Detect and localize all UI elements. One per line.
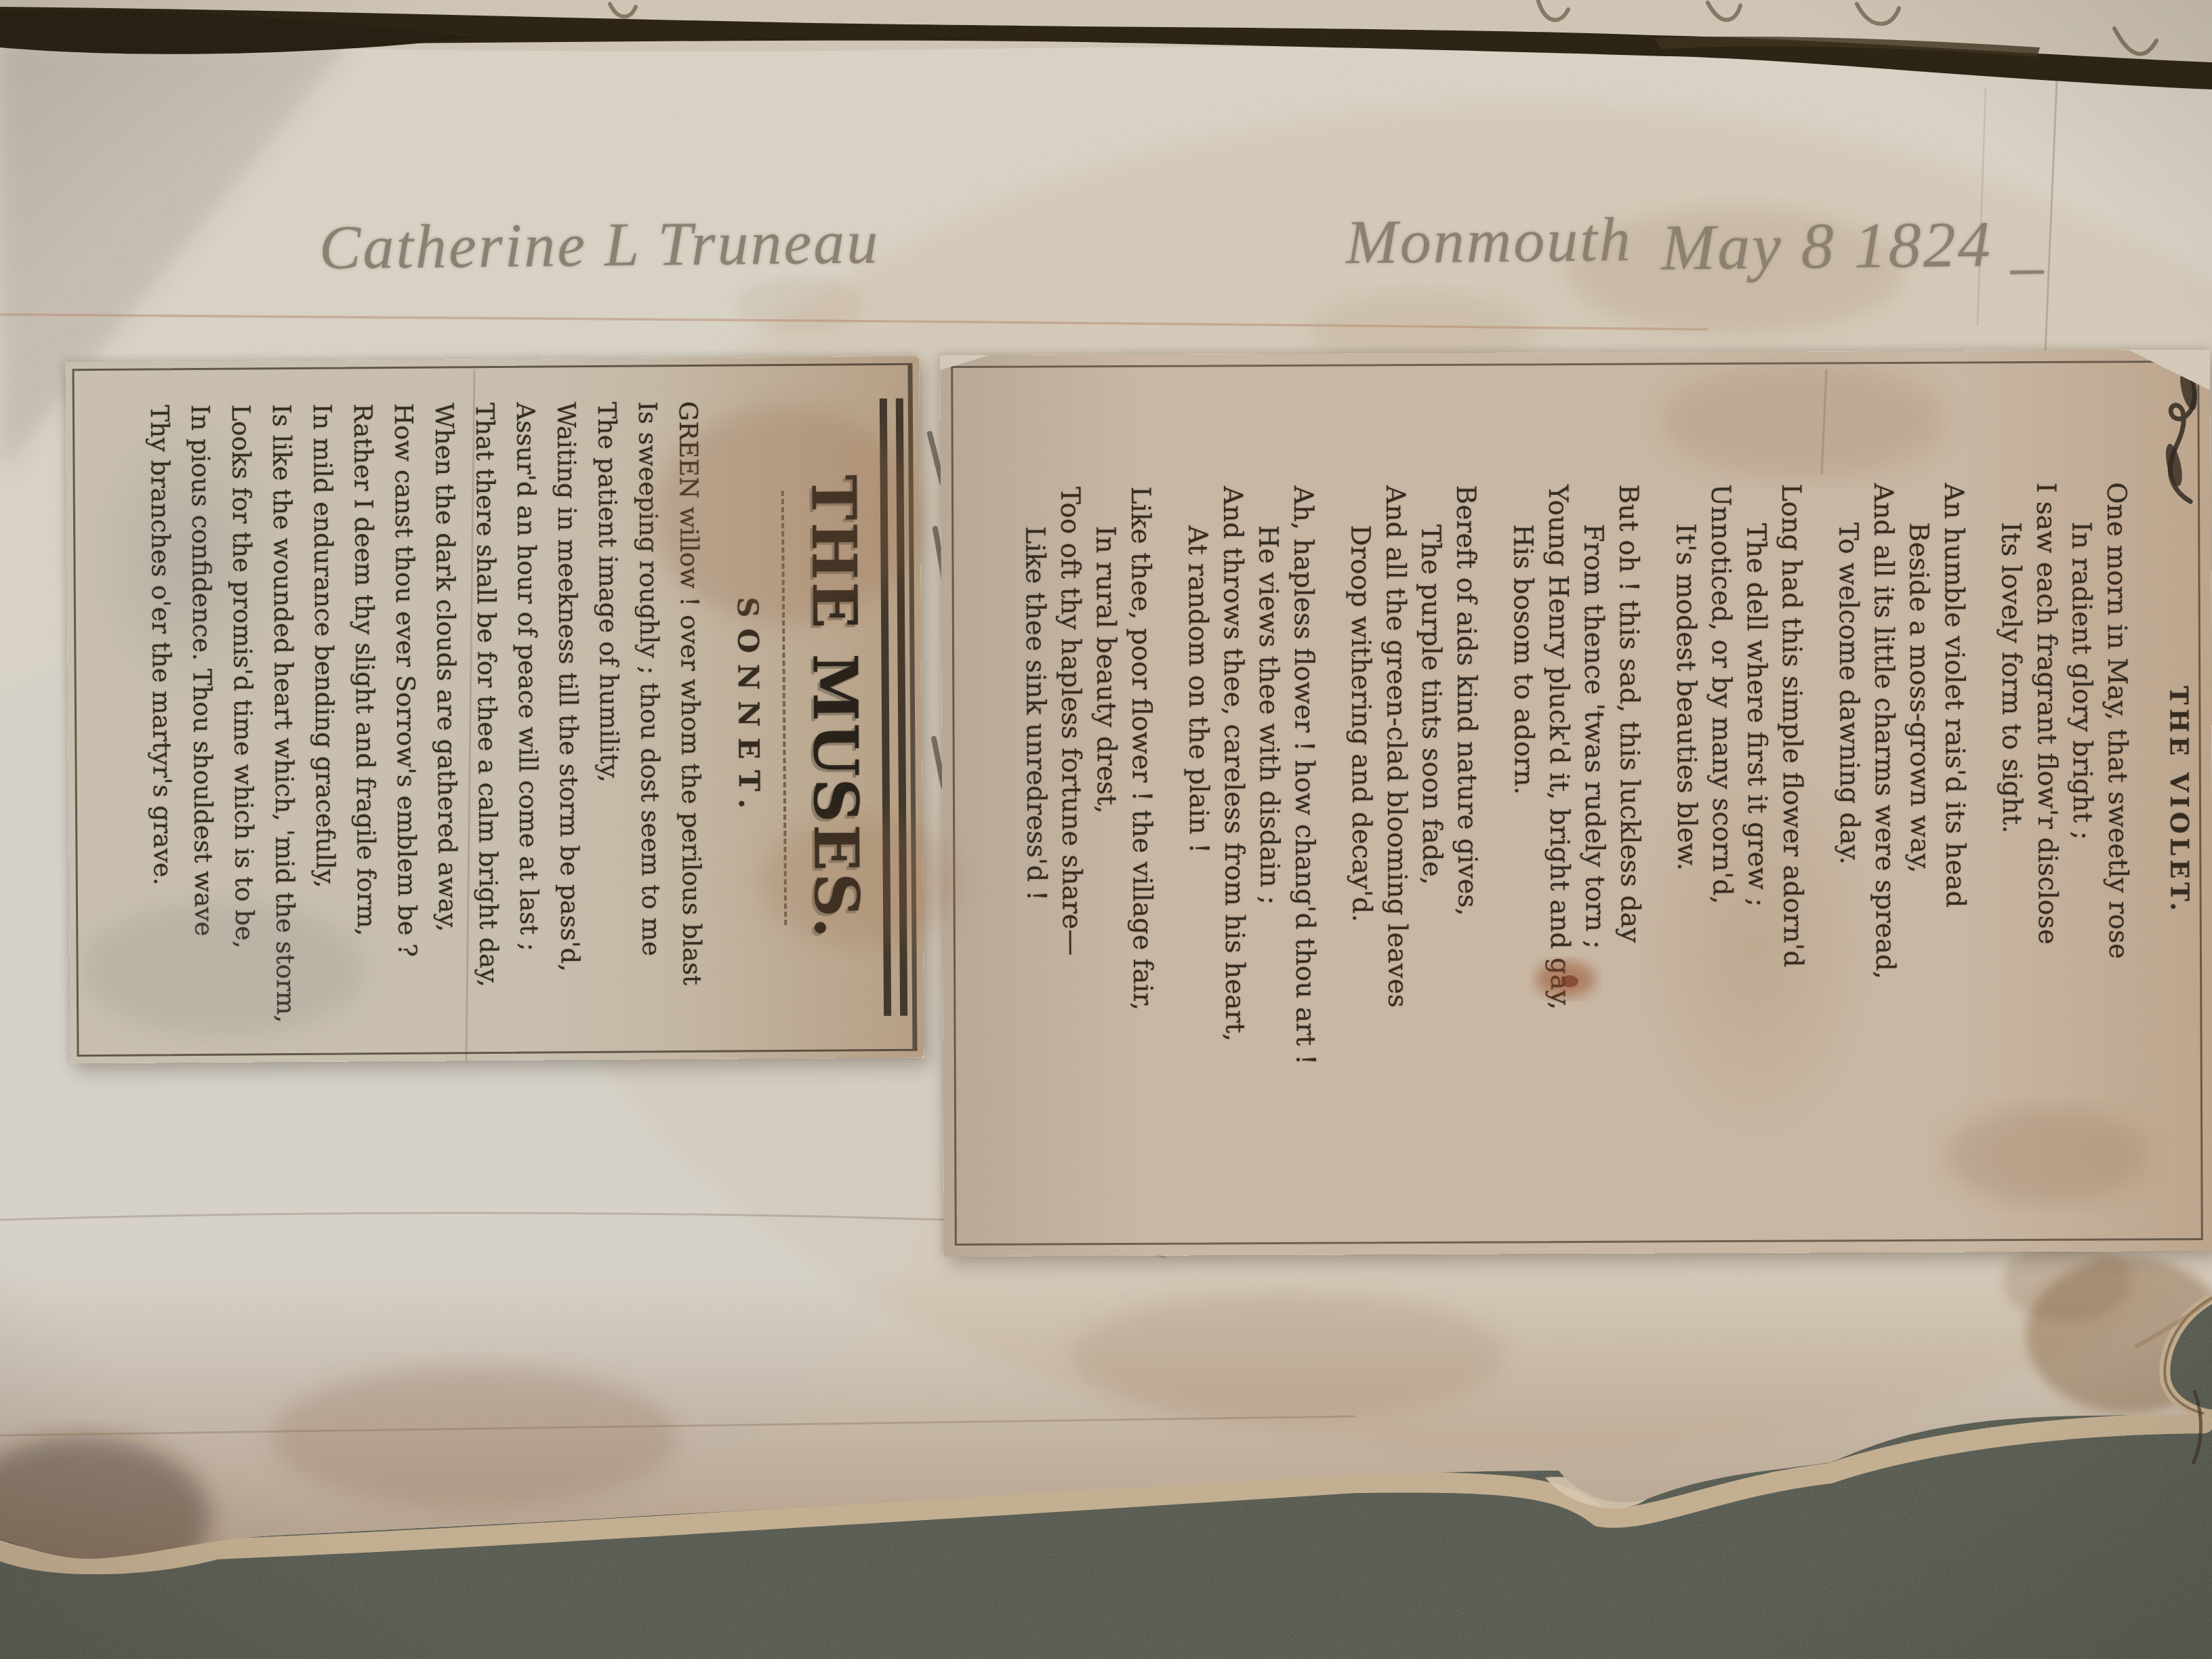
poem-line: Beside a moss-grown way, <box>1900 523 1939 1252</box>
poem-line: In rural beauty drest, <box>1087 526 1126 1256</box>
poem-line: And all its little charms were spread, <box>1865 483 1904 1252</box>
poem-line: To welcome dawning day. <box>1830 523 1868 1252</box>
poem-line: But oh ! this sad, this luckless day <box>1610 485 1649 1254</box>
poem-line: The purple tints soon fade, <box>1412 525 1451 1254</box>
poem-line: He views thee with disdain ; <box>1250 525 1288 1255</box>
poem-line: I saw each fragrant flow'r disclose <box>2028 483 2066 1252</box>
clipping-the-violet: THE VIOLET. One morn in May, that sweetl… <box>940 350 2212 1256</box>
sonnet-line: When the dark clouds are gathered away, <box>424 403 469 1061</box>
inscription-date: May 8 1824 _ <box>1661 205 2046 285</box>
poem-stanza: But oh ! this sad, this luckless dayFrom… <box>1504 485 1649 1254</box>
sonnet-line: GREEN willow ! over whom the perilous bl… <box>668 401 713 1059</box>
sonnet-title: SONNET. <box>729 357 767 1059</box>
sonnet-line: In pious confidence. Thou shouldest wave <box>180 405 225 1063</box>
poem-line: Unnoticed, or by many scorn'd, <box>1702 484 1741 1253</box>
poem-line: Its lovely form to sight. <box>1992 522 2031 1252</box>
sonnet-line: Is like the wounded heart which, 'mid th… <box>261 404 306 1062</box>
sonnet-line: Looks for the promis'd time which is to … <box>220 404 266 1062</box>
violet-stanzas: One morn in May, that sweetly roseIn rad… <box>1016 350 2137 1256</box>
poem-line: An humble violet rais'd its head <box>1935 483 1974 1252</box>
poem-line: Like thee sink unredress'd ! <box>1017 526 1055 1256</box>
scrapbook-photo: Catherine L Truneau Monmouth May 8 1824 … <box>0 0 2212 1659</box>
masthead-title: THE MUSES. <box>796 356 873 1059</box>
sonnet-line: That there shall be for thee a calm brig… <box>464 403 510 1061</box>
poem-line: From thence 'twas rudely torn ; <box>1575 524 1614 1254</box>
poem-stanza: Bereft of aids kind nature gives,The pur… <box>1342 485 1486 1255</box>
poem-line: It's modest beauties blew. <box>1667 523 1706 1253</box>
poem-stanza: An humble violet rais'd its headBeside a… <box>1830 483 1974 1252</box>
printers-swash-icon <box>2160 350 2204 506</box>
poem-line: The dell where first it grew ; <box>1738 523 1776 1253</box>
inscription: Catherine L Truneau Monmouth May 8 1824 … <box>0 0 2212 364</box>
poem-stanza: Ah, hapless flower ! how chang'd thou ar… <box>1179 486 1324 1256</box>
poem-line: One morn in May, that sweetly rose <box>2098 482 2137 1251</box>
poem-stanza: Long had this simple flower adorn'dThe d… <box>1667 484 1811 1254</box>
clipping-the-muses: THE MUSES. SONNET. GREEN willow ! over w… <box>65 356 924 1064</box>
poem-line: Long had this simple flower adorn'd <box>1773 484 1811 1253</box>
inscription-place: Monmouth <box>1345 203 1633 278</box>
sonnet-line: Thy branches o'er the martyr's grave. <box>139 405 184 1063</box>
inscription-name: Catherine L Truneau <box>319 206 880 284</box>
sonnet-line: Rather I deem thy slight and fragile for… <box>342 403 388 1061</box>
poem-stanza: Like thee, poor flower ! the village fai… <box>1017 487 1161 1256</box>
sonnet-line: Assur'd an hour of peace will come at la… <box>505 402 550 1060</box>
poem-line: And all the green-clad blooming leaves <box>1377 485 1416 1254</box>
poem-line: And throws thee, careless from his heart… <box>1214 486 1253 1255</box>
poem-line: Like thee, poor flower ! the village fai… <box>1122 487 1161 1256</box>
sonnet-line: Is sweeping roughly ; thou dost seem to … <box>627 401 672 1059</box>
sonnet-line: Waiting in meekness till the storm be pa… <box>546 402 591 1060</box>
poem-line: Young Henry pluck'd it, bright and gay, <box>1540 485 1578 1254</box>
sonnet-line: The patient image of humility, <box>586 402 632 1060</box>
poem-line: Bereft of aids kind nature gives, <box>1448 485 1486 1254</box>
poem-line: At random on the plain ! <box>1179 525 1218 1255</box>
poem-line: Ah, hapless flower ! how chang'd thou ar… <box>1285 486 1324 1255</box>
poem-line: His bosom to adorn. <box>1504 524 1543 1254</box>
poem-stanza: One morn in May, that sweetly roseIn rad… <box>1992 482 2137 1252</box>
masthead-dashed-rule <box>781 491 787 926</box>
poem-line: Droop withering and decay'd. <box>1342 525 1380 1254</box>
poem-line: Too oft thy hapless fortune share— <box>1052 487 1090 1256</box>
sonnet-line: In mild endurance bending gracefully, <box>302 404 347 1062</box>
poem-line: In radient glory bright ; <box>2063 522 2102 1252</box>
sonnet-line: How canst thou ever Sorrow's emblem be ? <box>383 403 428 1061</box>
sonnet-lines: GREEN willow ! over whom the perilous bl… <box>138 358 712 1063</box>
masthead-double-rule <box>880 398 907 1016</box>
